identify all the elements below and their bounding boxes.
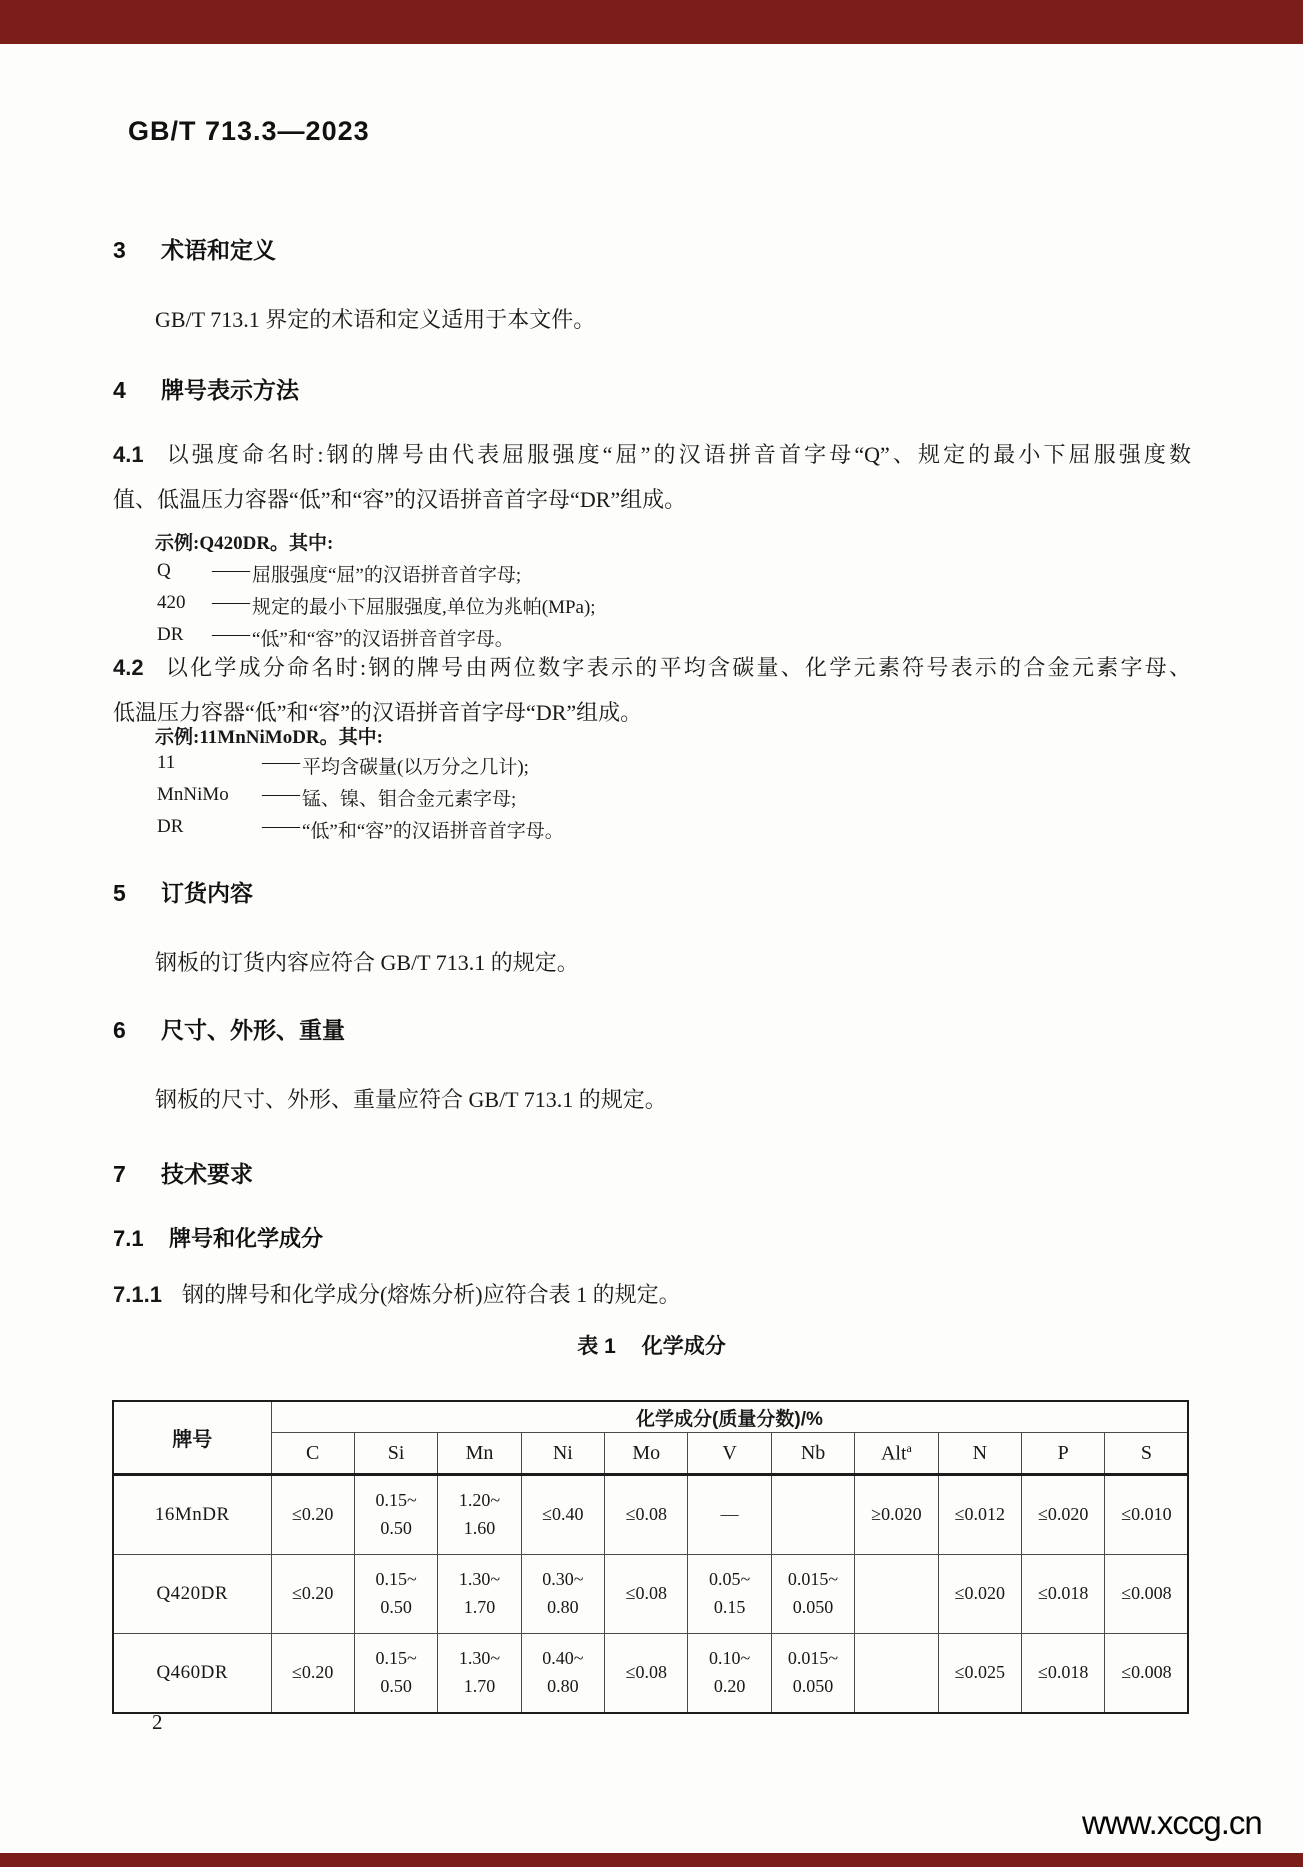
watermark: www.xccg.cn [1082, 1804, 1262, 1842]
col-header-Alt: Alta [855, 1433, 938, 1475]
definition-item: DR——“低”和“容”的汉语拼音首字母。 [157, 816, 564, 843]
table-header-row-2: C Si Mn Ni Mo V Nb Alta N P S [113, 1433, 1188, 1475]
value-cell: 0.15~ 0.50 [354, 1555, 437, 1634]
definition-dash: —— [262, 816, 300, 843]
value-cell: 0.40~ 0.80 [521, 1634, 604, 1714]
definition-term: 11 [157, 752, 262, 779]
definition-item: 420——规定的最小下屈服强度,单位为兆帕(MPa); [157, 592, 596, 619]
definition-item: 11——平均含碳量(以万分之几计); [157, 752, 529, 779]
col-header-V: V [688, 1433, 771, 1475]
value-cell: ≤0.008 [1105, 1555, 1189, 1634]
grade-cell: Q420DR [113, 1555, 271, 1634]
col-header-Ni: Ni [521, 1433, 604, 1475]
section-number: 7 [113, 1161, 137, 1188]
col-header-C: C [271, 1433, 354, 1475]
table-caption-title: 化学成分 [642, 1335, 726, 1358]
grade-cell: 16MnDR [113, 1475, 271, 1555]
section-title: 订货内容 [161, 880, 253, 906]
value-cell: ≤0.20 [271, 1634, 354, 1714]
example-2-label: 示例:11MnNiMoDR。其中: [155, 722, 383, 749]
definition-desc: “低”和“容”的汉语拼音首字母。 [302, 816, 564, 843]
definition-dash: —— [212, 560, 250, 587]
col-header-S: S [1105, 1433, 1189, 1475]
table-header-row-1: 牌号 化学成分(质量分数)/% [113, 1401, 1188, 1433]
col-header-Mn: Mn [438, 1433, 521, 1475]
value-cell: 0.10~ 0.20 [688, 1634, 771, 1714]
value-cell: ≤0.018 [1022, 1634, 1105, 1714]
value-cell: ≤0.40 [521, 1475, 604, 1555]
value-cell: 0.015~ 0.050 [771, 1555, 854, 1634]
definition-dash: —— [262, 752, 300, 779]
clause-number: 7.1.1 [113, 1282, 162, 1307]
value-cell: 0.15~ 0.50 [354, 1475, 437, 1555]
section-number: 3 [113, 237, 137, 264]
clause-7-1-1-line: 7.1.1钢的牌号和化学成分(熔炼分析)应符合表 1 的规定。 [113, 1272, 1191, 1317]
definition-dash: —— [212, 592, 250, 619]
section-7-heading: 7技术要求 [113, 1156, 253, 1189]
table-row: Q420DR ≤0.20 0.15~ 0.50 1.30~ 1.70 0.30~… [113, 1555, 1188, 1634]
table-row: 16MnDR ≤0.20 0.15~ 0.50 1.20~ 1.60 ≤0.40… [113, 1475, 1188, 1555]
col-header-N: N [938, 1433, 1021, 1475]
value-cell: ≤0.08 [605, 1634, 688, 1714]
value-cell: ≤0.08 [605, 1475, 688, 1555]
clause-7-1-1: 7.1.1钢的牌号和化学成分(熔炼分析)应符合表 1 的规定。 [113, 1272, 1191, 1317]
definition-desc: 屈服强度“屈”的汉语拼音首字母; [252, 560, 521, 587]
value-cell [855, 1634, 938, 1714]
section-7-1-heading: 7.1牌号和化学成分 [113, 1222, 323, 1253]
example-1-label: 示例:Q420DR。其中: [155, 528, 333, 555]
value-cell: ≤0.008 [1105, 1634, 1189, 1714]
value-cell: 1.30~ 1.70 [438, 1634, 521, 1714]
definition-desc: 平均含碳量(以万分之几计); [302, 752, 529, 779]
section-3-heading: 3术语和定义 [113, 232, 276, 265]
value-cell: ≥0.020 [855, 1475, 938, 1555]
value-cell [855, 1555, 938, 1634]
section-5-heading: 5订货内容 [113, 875, 253, 908]
value-cell: ≤0.08 [605, 1555, 688, 1634]
clause-4-1: 4.1以强度命名时:钢的牌号由代表屈服强度“屈”的汉语拼音首字母“Q”、规定的最… [113, 432, 1191, 522]
section-title: 牌号和化学成分 [169, 1226, 323, 1251]
section-5-body: 钢板的订货内容应符合 GB/T 713.1 的规定。 [155, 946, 579, 977]
col-header-grade: 牌号 [113, 1401, 271, 1475]
value-cell: 0.15~ 0.50 [354, 1634, 437, 1714]
clause-4-1-line1: 4.1以强度命名时:钢的牌号由代表屈服强度“屈”的汉语拼音首字母“Q”、规定的最… [113, 432, 1191, 477]
clause-text: 以强度命名时:钢的牌号由代表屈服强度“屈”的汉语拼音首字母“Q”、规定的最小下屈… [164, 442, 1191, 467]
definition-term: Q [157, 560, 212, 587]
page-number: 2 [152, 1710, 163, 1735]
value-cell: ≤0.20 [271, 1555, 354, 1634]
col-header-group: 化学成分(质量分数)/% [271, 1401, 1188, 1433]
table-row: Q460DR ≤0.20 0.15~ 0.50 1.30~ 1.70 0.40~… [113, 1634, 1188, 1714]
value-cell: ≤0.20 [271, 1475, 354, 1555]
value-cell: ≤0.020 [938, 1555, 1021, 1634]
col-header-Mo: Mo [605, 1433, 688, 1475]
grade-cell: Q460DR [113, 1634, 271, 1714]
section-title: 牌号表示方法 [161, 377, 299, 403]
definition-term: 420 [157, 592, 212, 619]
value-cell: ≤0.020 [1022, 1475, 1105, 1555]
clause-text: 钢的牌号和化学成分(熔炼分析)应符合表 1 的规定。 [182, 1282, 681, 1307]
col-header-P: P [1022, 1433, 1105, 1475]
value-cell: — [688, 1475, 771, 1555]
col-header-Nb: Nb [771, 1433, 854, 1475]
section-title: 尺寸、外形、重量 [161, 1017, 345, 1043]
table-caption-label: 表 1 [577, 1335, 616, 1358]
section-4-heading: 4牌号表示方法 [113, 372, 299, 405]
table-caption: 表 1化学成分 [0, 1330, 1303, 1360]
section-title: 技术要求 [161, 1161, 253, 1187]
section-number: 6 [113, 1017, 137, 1044]
col-header-Si: Si [354, 1433, 437, 1475]
clause-text: 以化学成分命名时:钢的牌号由两位数字表示的平均含碳量、化学元素符号表示的合金元素… [164, 655, 1191, 680]
value-cell: 0.05~ 0.15 [688, 1555, 771, 1634]
definition-desc: 规定的最小下屈服强度,单位为兆帕(MPa); [252, 592, 596, 619]
value-cell: ≤0.010 [1105, 1475, 1189, 1555]
footnote-marker: a [907, 1441, 912, 1455]
value-cell: 0.30~ 0.80 [521, 1555, 604, 1634]
value-cell: ≤0.018 [1022, 1555, 1105, 1634]
section-number: 5 [113, 880, 137, 907]
value-cell: 1.30~ 1.70 [438, 1555, 521, 1634]
definition-item: Q——屈服强度“屈”的汉语拼音首字母; [157, 560, 521, 587]
clause-4-1-line2: 值、低温压力容器“低”和“容”的汉语拼音首字母“DR”组成。 [113, 477, 1191, 522]
definition-term: MnNiMo [157, 784, 262, 811]
section-6-body: 钢板的尺寸、外形、重量应符合 GB/T 713.1 的规定。 [155, 1083, 667, 1114]
value-cell: 0.015~ 0.050 [771, 1634, 854, 1714]
definition-dash: —— [262, 784, 300, 811]
value-cell: ≤0.012 [938, 1475, 1021, 1555]
section-6-heading: 6尺寸、外形、重量 [113, 1012, 345, 1045]
clause-number: 4.1 [113, 442, 144, 467]
section-3-body: GB/T 713.1 界定的术语和定义适用于本文件。 [155, 303, 595, 334]
chemical-composition-table: 牌号 化学成分(质量分数)/% C Si Mn Ni Mo V Nb Alta … [112, 1400, 1189, 1714]
value-cell: 1.20~ 1.60 [438, 1475, 521, 1555]
value-cell [771, 1475, 854, 1555]
value-cell: ≤0.025 [938, 1634, 1021, 1714]
definition-term: DR [157, 816, 262, 843]
clause-4-2-line1: 4.2以化学成分命名时:钢的牌号由两位数字表示的平均含碳量、化学元素符号表示的合… [113, 645, 1191, 690]
definition-item: MnNiMo——锰、镍、钼合金元素字母; [157, 784, 516, 811]
section-number: 7.1 [113, 1226, 151, 1252]
section-title: 术语和定义 [161, 237, 276, 263]
bottom-edge-bar [0, 1853, 1303, 1867]
document-page: GB/T 713.3—2023 3术语和定义 GB/T 713.1 界定的术语和… [0, 0, 1303, 1867]
section-number: 4 [113, 377, 137, 404]
clause-number: 4.2 [113, 655, 144, 680]
col-header-alt-text: Alt [881, 1442, 907, 1464]
top-edge-bar [0, 0, 1303, 44]
standard-number: GB/T 713.3—2023 [128, 116, 370, 147]
definition-desc: 锰、镍、钼合金元素字母; [302, 784, 516, 811]
